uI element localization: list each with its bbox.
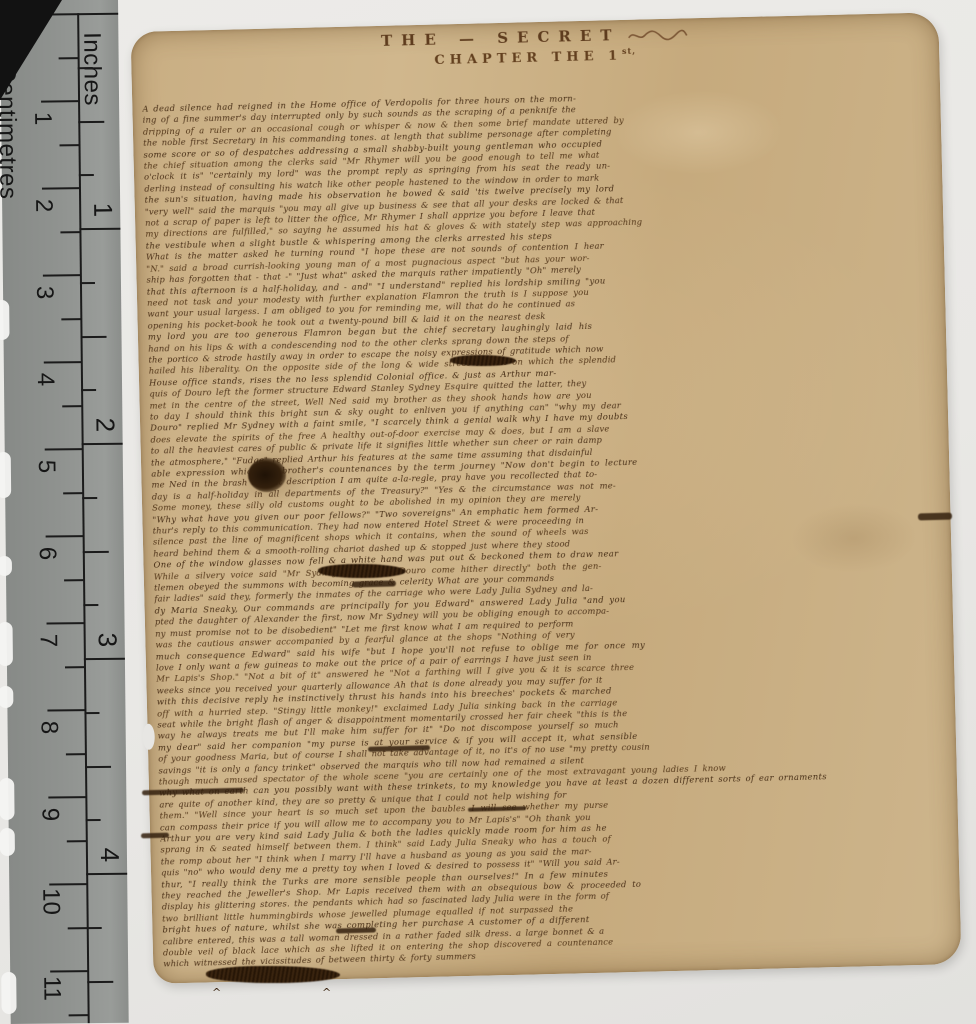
ruler-tick xyxy=(83,550,109,552)
ink-flourish-icon xyxy=(626,27,688,43)
cut-off-letter xyxy=(0,778,15,820)
cm-number: 10 xyxy=(35,886,65,916)
cm-number: 1 xyxy=(27,103,57,133)
cm-number: 4 xyxy=(30,364,60,394)
inch-number: 1 xyxy=(88,195,118,225)
heavy-deletion xyxy=(318,564,406,578)
ruler-tick xyxy=(78,67,93,69)
paper-edge-tear xyxy=(142,724,155,750)
cm-number: 6 xyxy=(32,538,62,568)
margin-dash xyxy=(918,513,952,521)
struck-word xyxy=(141,833,169,839)
cm-number: 2 xyxy=(28,190,58,220)
ruler-tick xyxy=(84,658,125,660)
ruler-tick xyxy=(82,497,97,499)
ruler-tick xyxy=(41,100,79,102)
heavy-bottom-deletion xyxy=(206,966,340,983)
cut-off-letter xyxy=(0,686,13,708)
ruler-tick xyxy=(47,622,85,624)
ruler-tick xyxy=(50,970,88,972)
ruler-tick xyxy=(46,535,84,537)
ruler-tick xyxy=(65,666,85,668)
cm-number: 11 xyxy=(36,973,66,1003)
cut-off-letter xyxy=(1,972,16,1014)
ruler-tick xyxy=(60,231,80,233)
deletion-stroke xyxy=(352,580,396,587)
ruler-tick xyxy=(62,405,82,407)
manuscript-photograph: Inches Centimetres 1234567891011 1234 TH… xyxy=(0,0,976,1024)
ruler-tick xyxy=(83,604,98,606)
inch-number: 3 xyxy=(93,625,123,655)
cut-off-letter xyxy=(0,828,15,856)
ruler-tick xyxy=(81,335,107,337)
cm-number: 5 xyxy=(31,451,61,481)
chapter-heading-ordinal: st, xyxy=(622,46,636,56)
ruler-tick xyxy=(81,389,96,391)
ruler-tick xyxy=(87,927,102,929)
ruler-tick xyxy=(59,57,79,59)
ruler-tick xyxy=(64,579,84,581)
ruler-tick xyxy=(66,753,86,755)
ruler-tick xyxy=(86,873,127,875)
chapter-heading-text: CHAPTER THE 1 xyxy=(434,48,622,68)
cm-number: 9 xyxy=(34,799,64,829)
ink-blot xyxy=(248,458,286,492)
ruler-tick xyxy=(44,361,82,363)
manuscript-page: THE — SECRET CHAPTER THE 1st, A dead sil… xyxy=(130,12,961,983)
ruler-tick xyxy=(67,840,87,842)
ruler-tick xyxy=(79,228,120,230)
manuscript-text: A dead silence had reigned in the Home o… xyxy=(142,84,957,975)
ruler-scale-line xyxy=(77,13,90,1023)
ruler-tick xyxy=(47,709,85,711)
cm-number: 3 xyxy=(29,277,59,307)
ruler-tick xyxy=(45,448,83,450)
ruler-tick xyxy=(79,174,94,176)
struck-word xyxy=(450,355,516,366)
ruler-label-inches: Inches xyxy=(77,32,106,106)
ruler-tick xyxy=(80,282,95,284)
ruler-tick xyxy=(63,492,83,494)
ruler-tick xyxy=(68,927,88,929)
cut-off-letter xyxy=(0,452,11,498)
ruler-tick xyxy=(61,318,81,320)
ruler-tick xyxy=(48,796,86,798)
ruler-tick xyxy=(82,443,123,445)
ruler-tick xyxy=(84,712,99,714)
cm-number: 7 xyxy=(33,625,63,655)
struck-word xyxy=(336,927,376,933)
insertion-caret: ^ xyxy=(322,986,334,998)
ruler-tick xyxy=(42,187,80,189)
ruler-tick xyxy=(87,980,113,982)
cut-off-letter xyxy=(0,622,13,666)
cm-number: 8 xyxy=(33,712,63,742)
ruler-tick xyxy=(69,1014,89,1016)
ruler-tick xyxy=(85,765,111,767)
ruler-tick xyxy=(43,274,81,276)
inch-number: 4 xyxy=(95,840,125,870)
ruler-tick xyxy=(60,144,80,146)
insertion-caret: ^ xyxy=(212,986,224,998)
cut-off-letter xyxy=(0,300,10,340)
ruler-tick xyxy=(49,883,87,885)
ruler: Inches Centimetres 1234567891011 1234 xyxy=(0,0,129,1024)
cut-off-letter xyxy=(0,556,12,576)
ruler-tick xyxy=(78,120,104,122)
inch-number: 2 xyxy=(90,410,120,440)
ruler-tick xyxy=(86,819,101,821)
